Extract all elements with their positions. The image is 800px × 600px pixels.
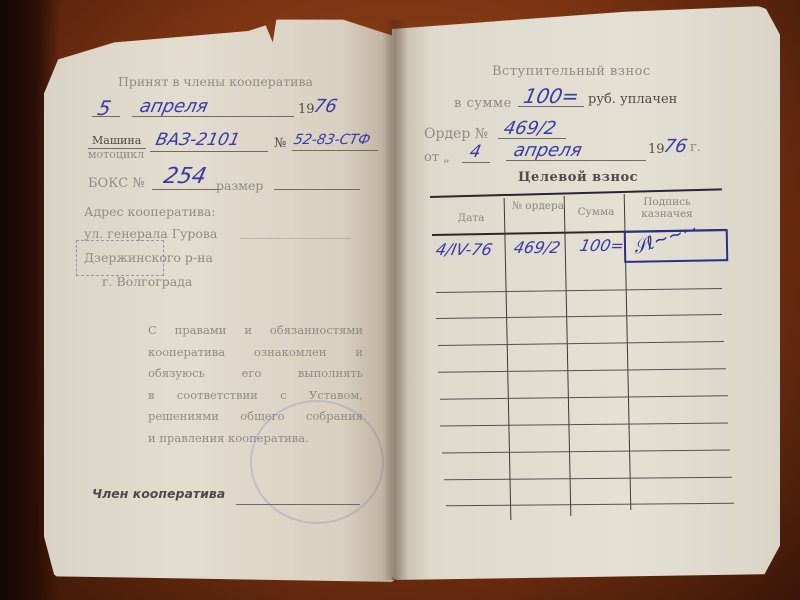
row-sum: 100= xyxy=(578,236,626,255)
vehicle-label: Машина xyxy=(92,134,141,147)
amount-value: 100= xyxy=(521,84,581,108)
vehicle-number-line xyxy=(292,150,378,151)
address-line-3: г. Волгограда xyxy=(102,274,192,289)
from-day-line xyxy=(462,162,490,163)
small-stamp xyxy=(76,240,164,276)
box-label: БОКС № xyxy=(88,176,145,191)
box-number: 254 xyxy=(161,164,208,189)
row-order: 469/2 xyxy=(512,238,562,257)
entry-fee-heading: Вступительный взнос xyxy=(492,64,651,79)
agreement-line: обязуюсь его выполнять xyxy=(148,363,363,385)
member-signature-line xyxy=(236,504,360,505)
column-header-sum: Сумма xyxy=(568,206,624,218)
from-month: апреля xyxy=(512,140,584,161)
row-date: 4/IV-76 xyxy=(434,240,494,259)
address-line-1-blank xyxy=(240,238,350,239)
member-signature-label: Член кооператива xyxy=(92,486,225,501)
from-year-suffix: 76 xyxy=(662,136,689,157)
from-label: от „ xyxy=(424,150,450,165)
admission-month: апреля xyxy=(138,96,210,117)
order-label: Ордер № xyxy=(424,126,488,142)
target-fee-title: Целевой взнос xyxy=(518,170,638,185)
column-header-signature: Подпись казначея xyxy=(630,196,704,220)
vehicle-model-line xyxy=(150,151,268,152)
admission-heading: Принят в члены кооператива xyxy=(118,74,313,89)
vehicle-model: ВАЗ-2101 xyxy=(154,130,242,150)
order-line xyxy=(498,138,566,139)
vehicle-number-label: № xyxy=(274,136,286,151)
right-page xyxy=(392,6,780,580)
admission-year-suffix: 76 xyxy=(312,96,339,117)
from-month-line xyxy=(506,160,646,161)
box-number-line xyxy=(152,189,222,190)
size-line xyxy=(274,189,360,190)
amount-suffix: руб. уплачен xyxy=(588,92,677,107)
address-label: Адрес кооператива: xyxy=(84,204,216,219)
book-gutter xyxy=(382,20,408,580)
admission-day-line xyxy=(92,116,120,117)
amount-line xyxy=(518,106,584,107)
address-line-1: ул. генерала Гурова xyxy=(84,226,217,241)
size-label: размер xyxy=(216,178,263,193)
round-stamp xyxy=(250,400,384,524)
agreement-line: С правами и обязанностями xyxy=(148,320,363,342)
vehicle-number: 52-83-СТФ xyxy=(292,132,372,148)
motorcycle-label: мотоцикл xyxy=(88,148,144,161)
column-header-order: № ордера xyxy=(512,200,564,212)
amount-prefix: в сумме xyxy=(454,96,512,111)
agreement-line: кооператива ознакомлен и xyxy=(148,342,363,364)
admission-month-line xyxy=(132,116,294,117)
order-number: 469/2 xyxy=(502,118,558,139)
column-header-date: Дата xyxy=(436,212,506,224)
year-suffix-label: г. xyxy=(690,140,701,155)
